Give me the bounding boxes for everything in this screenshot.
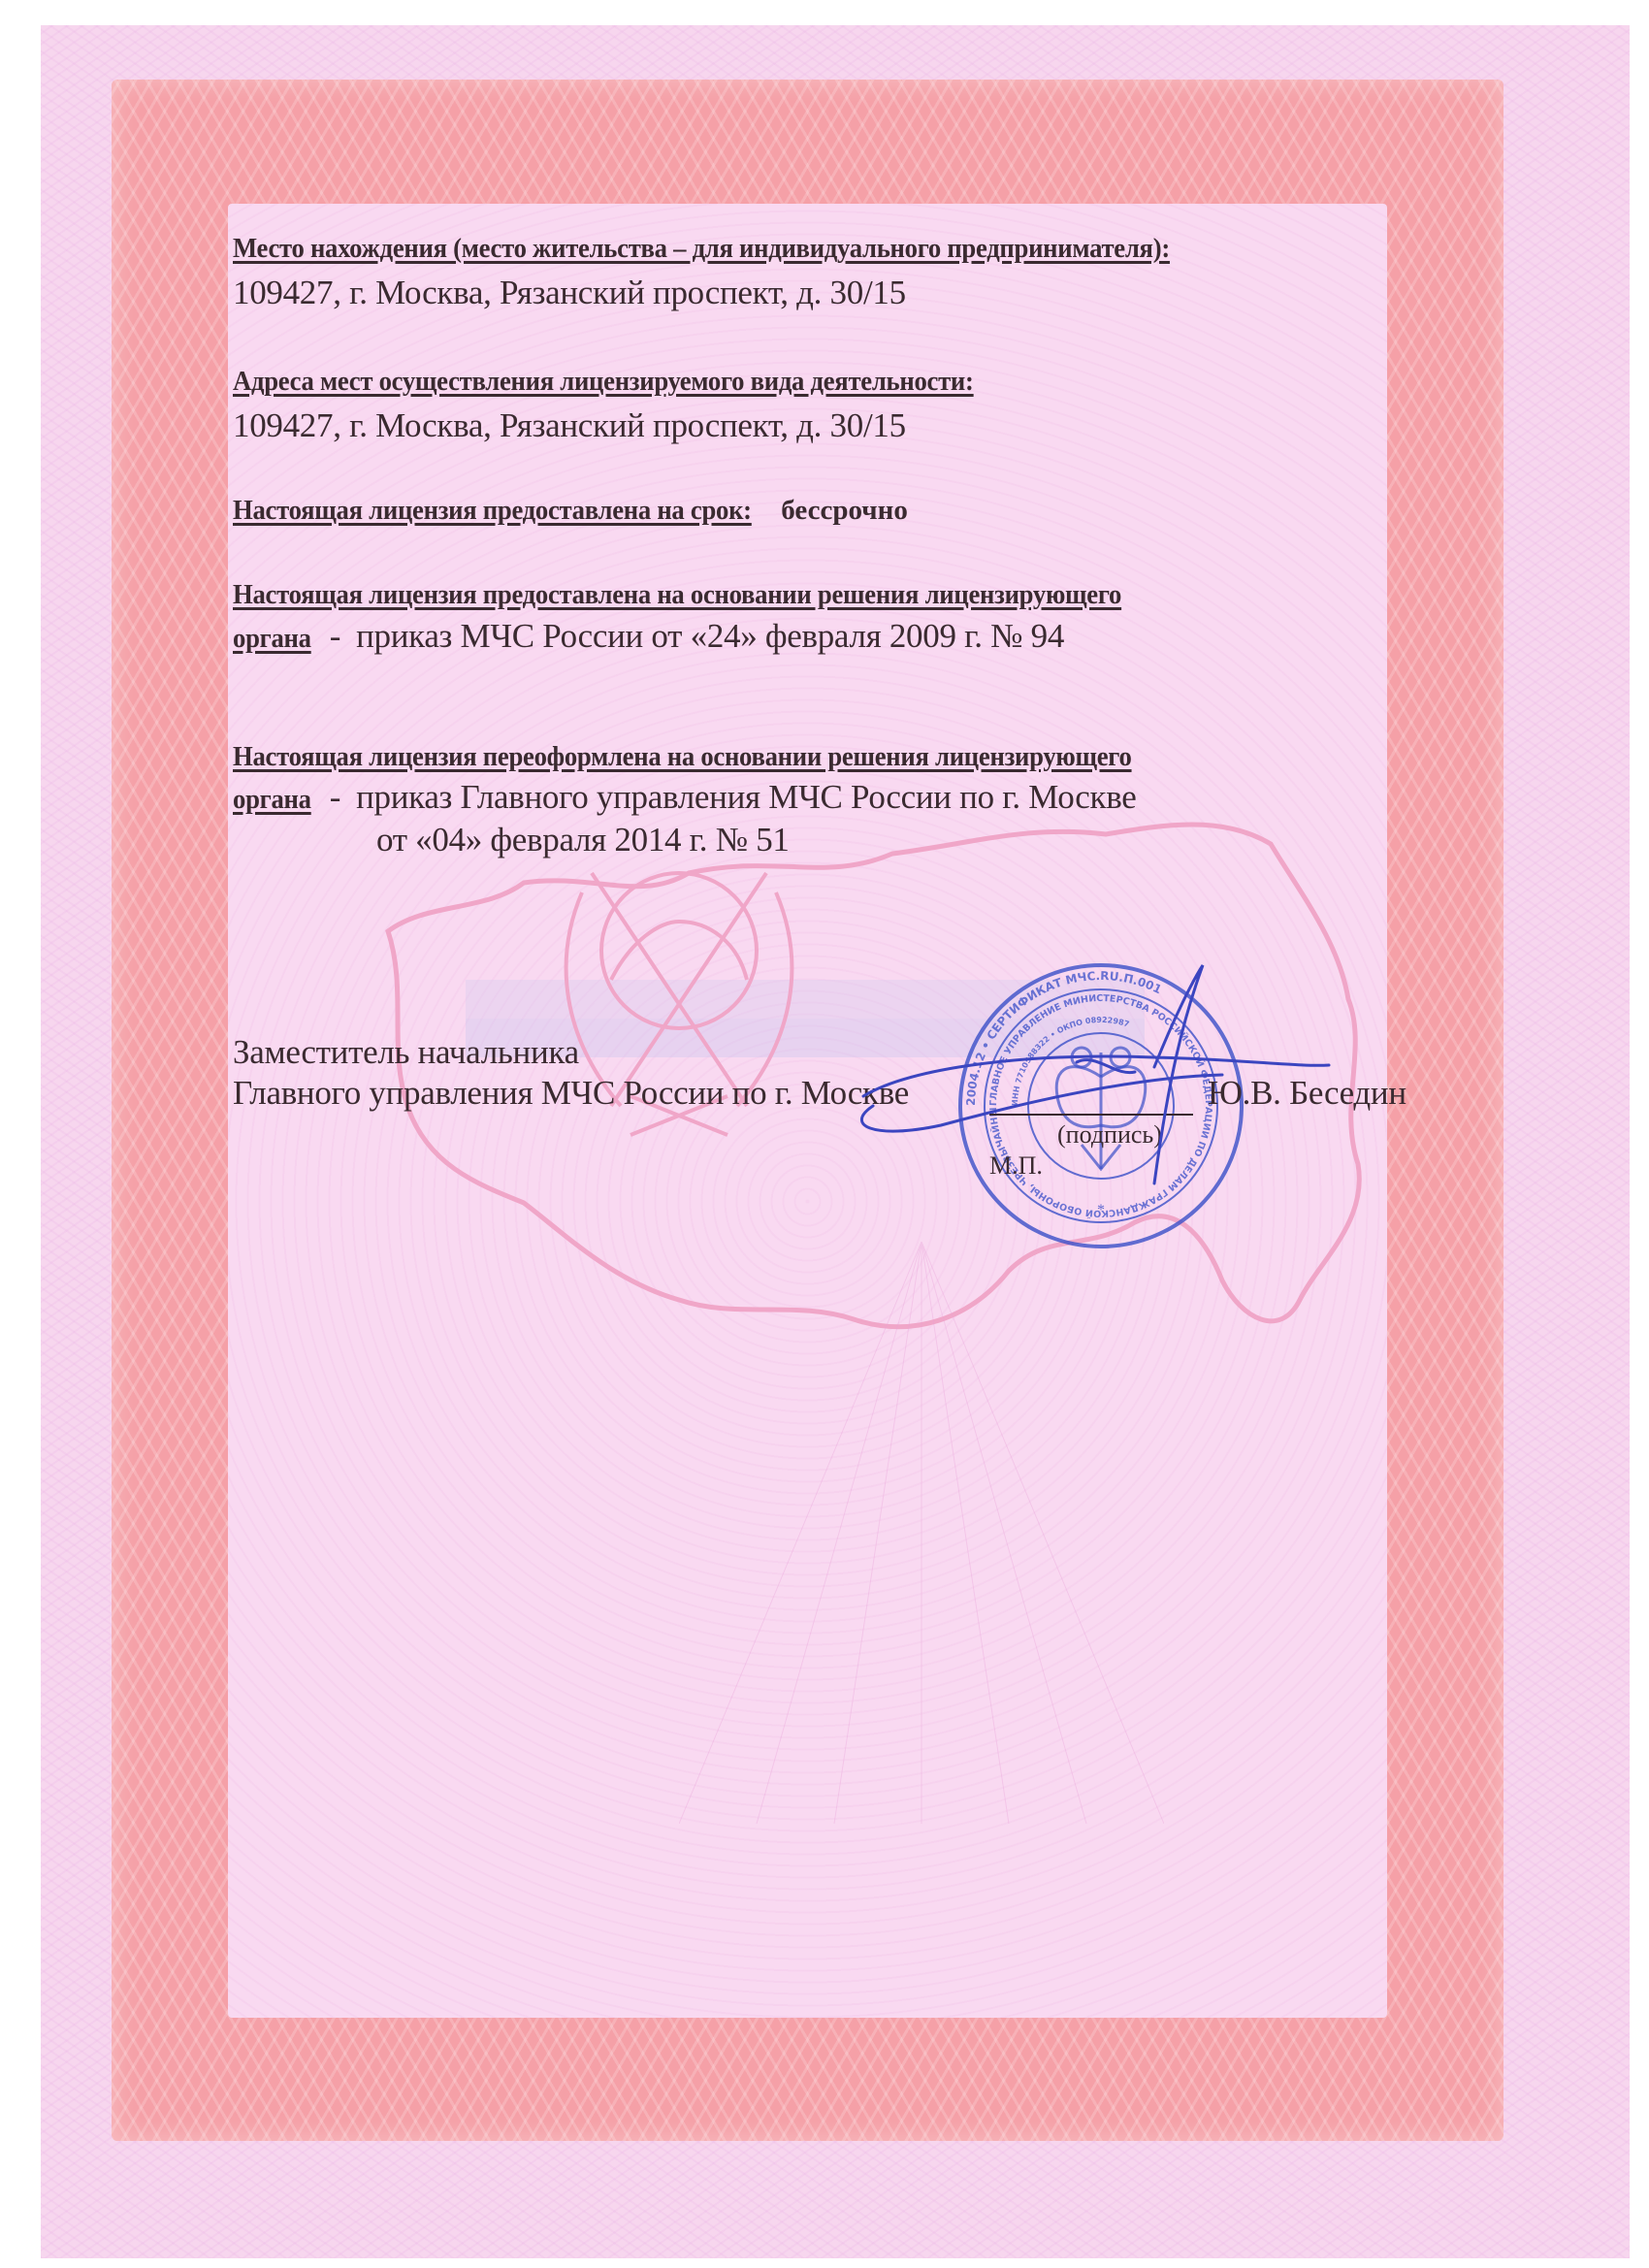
location-value: 109427, г. Москва, Рязанский проспект, д… <box>233 274 906 312</box>
reissued-basis-label-organ: органа <box>233 784 311 816</box>
activity-addresses-value: 109427, г. Москва, Рязанский проспект, д… <box>233 406 906 445</box>
granted-basis-label-organ: органа <box>233 623 311 655</box>
guilloche-rays-decoration <box>679 1242 1164 1824</box>
location-label: Место нахождения (место жительства – для… <box>233 233 1170 265</box>
signer-position-line1: Заместитель начальника <box>233 1033 579 1072</box>
granted-dash: - <box>330 617 340 655</box>
term-label: Настоящая лицензия предоставлена на срок… <box>233 495 752 527</box>
reissued-dash: - <box>330 778 340 816</box>
reissued-basis-label: Настоящая лицензия переоформлена на осно… <box>233 741 1132 773</box>
handwritten-signature <box>834 960 1339 1193</box>
reissued-basis-value-line2: от «04» февраля 2014 г. № 51 <box>376 821 790 859</box>
signer-position-line2: Главного управления МЧС России по г. Мос… <box>233 1074 909 1113</box>
svg-text:*: * <box>1097 1202 1105 1218</box>
term-value: бессрочно <box>781 495 908 526</box>
granted-basis-value: приказ МЧС России от «24» февраля 2009 г… <box>356 617 1064 655</box>
reissued-basis-value-line1: приказ Главного управления МЧС России по… <box>356 778 1136 816</box>
activity-addresses-label: Адреса мест осуществления лицензируемого… <box>233 366 974 398</box>
granted-basis-label: Настоящая лицензия предоставлена на осно… <box>233 579 1121 611</box>
